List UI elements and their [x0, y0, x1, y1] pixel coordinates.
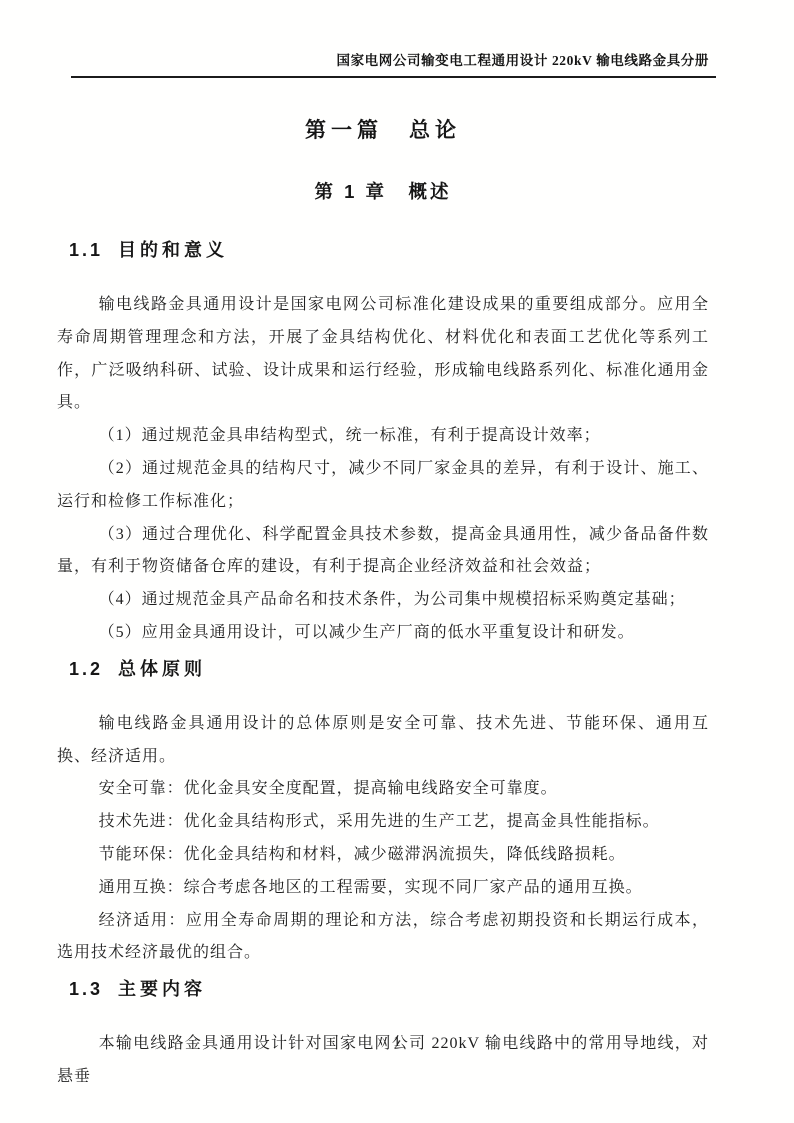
paragraph: （5）应用金具通用设计，可以减少生产厂商的低水平重复设计和研发。: [57, 617, 709, 650]
paragraph: 技术先进：优化金具结构形式，采用先进的生产工艺，提高金具性能指标。: [57, 806, 709, 839]
paragraph: 节能环保：优化金具结构和材料，减少磁滞涡流损失，降低线路损耗。: [57, 839, 709, 872]
paragraph: 经济适用：应用全寿命周期的理论和方法，综合考虑初期投资和长期运行成本，选用技术经…: [57, 905, 709, 971]
paragraph: （3）通过合理优化、科学配置金具技术参数，提高金具通用性，减少备品备件数量，有利…: [57, 519, 709, 585]
document-page: 国家电网公司输变电工程通用设计 220kV 输电线路金具分册 第一篇 总论 第 …: [0, 0, 794, 1123]
page-header: 国家电网公司输变电工程通用设计 220kV 输电线路金具分册: [57, 52, 709, 78]
section-number: 1.1: [69, 240, 103, 260]
section-heading: 1.3主要内容: [57, 978, 709, 1001]
section-title: 主要内容: [118, 979, 206, 999]
paragraph: （2）通过规范金具的结构尺寸，减少不同厂家金具的差异，有利于设计、施工、运行和检…: [57, 453, 709, 519]
section-title: 目的和意义: [118, 240, 228, 260]
section-heading: 1.2总体原则: [57, 658, 709, 681]
paragraph: （1）通过规范金具串结构型式，统一标准，有利于提高设计效率；: [57, 420, 709, 453]
part-title: 第一篇 总论: [57, 118, 709, 144]
paragraph: 输电线路金具通用设计是国家电网公司标准化建设成果的重要组成部分。应用全寿命周期管…: [57, 289, 709, 420]
chapter-title: 第 1 章 概述: [57, 180, 709, 204]
page-number: 1: [0, 1034, 794, 1051]
section-1-1: 1.1目的和意义 输电线路金具通用设计是国家电网公司标准化建设成果的重要组成部分…: [57, 239, 709, 650]
section-number: 1.2: [69, 659, 103, 679]
paragraph: 安全可靠：优化金具安全度配置，提高输电线路安全可靠度。: [57, 773, 709, 806]
section-heading: 1.1目的和意义: [57, 239, 709, 262]
paragraph: （4）通过规范金具产品命名和技术条件，为公司集中规模招标采购奠定基础；: [57, 584, 709, 617]
section-title: 总体原则: [118, 659, 206, 679]
running-head: 国家电网公司输变电工程通用设计 220kV 输电线路金具分册: [57, 52, 709, 70]
section-1-2: 1.2总体原则 输电线路金具通用设计的总体原则是安全可靠、技术先进、节能环保、通…: [57, 658, 709, 970]
paragraph: 输电线路金具通用设计的总体原则是安全可靠、技术先进、节能环保、通用互换、经济适用…: [57, 708, 709, 774]
paragraph: 通用互换：综合考虑各地区的工程需要，实现不同厂家产品的通用互换。: [57, 872, 709, 905]
section-number: 1.3: [69, 979, 103, 999]
header-rule: [71, 76, 716, 78]
